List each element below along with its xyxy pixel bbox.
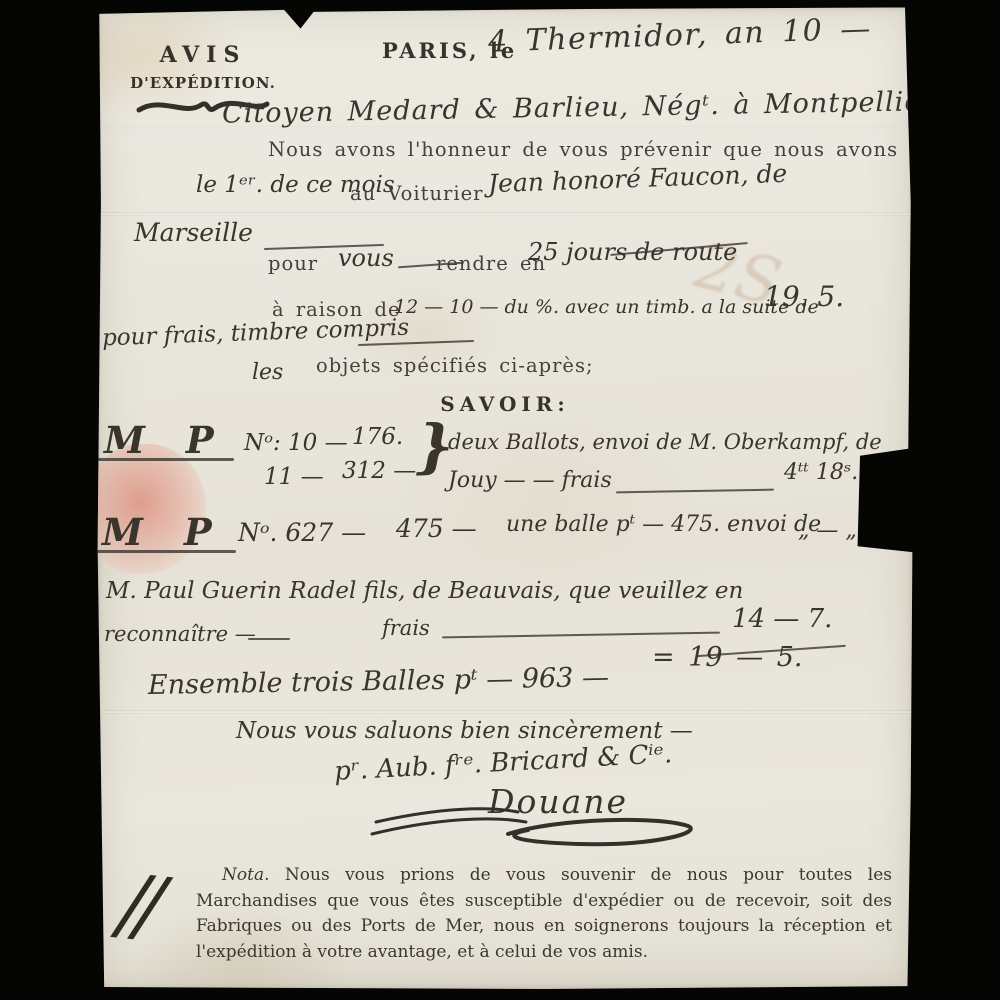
signature-flourish [358,800,718,860]
avis-line1: AVIS [118,42,288,68]
entry2-ditto-marks: „ — „ [798,518,857,543]
signature-firm: pʳ. Aub. fʳᵉ. Bricard & Cⁱᵉ. [333,739,672,787]
entry2-frais-label: frais [382,616,430,640]
entry1-origin-frais: Jouy — — frais [448,468,612,493]
document-paper: 2S AVIS D'EXPÉDITION. PARIS, le 4 Thermi… [96,6,914,990]
body-line-charge: Nous avons l'honneur de vous prévenir qu… [268,138,984,161]
total-amount: = 19 — 5. [652,642,803,673]
fold-crease [96,710,914,714]
corner-mark: // [115,856,158,952]
entry2-qty: 475 — [396,514,477,543]
nota-label: Nota. [222,865,269,885]
ink-rule [442,632,720,639]
objets-printed: objets spécifiés ci-après; [316,354,594,377]
voiturier-printed: au Voiturier [350,182,483,205]
ink-rule [98,458,234,461]
shipping-mark-2: M P [102,510,226,554]
raison-amount-hand: 19. 5. [764,280,844,313]
entry1-qty-line2: 312 — [342,458,416,484]
ink-rule [248,638,290,640]
savoir-heading: SAVOIR: [96,392,914,416]
shipping-mark-1: M P [104,418,228,462]
raison-hand: 12 — 10 — du %. avec un timb. a la suite… [394,296,819,318]
entry1-no-line2: 11 — [264,464,324,490]
pour-printed: pour [268,252,318,275]
frais-note-hand: pour frais, timbre compris [102,315,410,352]
entry2-description: une balle pᵗ — 475. envoi de [506,512,821,537]
fold-crease [96,212,914,216]
wax-seal [86,444,206,574]
entry1-description: deux Ballots, envoi de M. Oberkampf, de [448,430,882,454]
salutation-line: Nous vous saluons bien sincèrement — [236,718,693,744]
entry1-qty-line1: 176. [352,424,403,450]
voiturier-name-hand: Jean honoré Faucon, de [488,159,788,198]
origin-city-hand: Marseille [134,218,253,247]
ensemble-line: Ensemble trois Balles pᵗ — 963 — [148,662,609,701]
dateline-handwritten: 4 Thermidor, an 10 — [488,11,873,59]
ink-rule [616,489,774,494]
nota-paragraph: Nota. Nous vous prions de vous souvenir … [196,863,892,965]
avis-line2: D'EXPÉDITION. [118,74,288,92]
entry1-no-line1: Nᵒ: 10 — [244,430,348,456]
photo-background: 2S AVIS D'EXPÉDITION. PARIS, le 4 Thermi… [0,0,1000,1000]
ink-rule [96,550,236,553]
nota-text: Nous vous prions de vous souvenir de nou… [196,865,892,962]
entry2-no: Nᵒ. 627 — [238,518,366,547]
entry2-reconnaitre: reconnaître — [104,622,256,646]
entry1-amount: 4ᵗᵗ 18ˢ. — [784,460,887,485]
entry2-sender-line: M. Paul Guerin Radel fils, de Beauvais, … [106,578,743,604]
addressee-line: Citoyen Medard & Barlieu, Négᵗ. à Montpe… [222,85,977,129]
entry2-amount: 14 — 7. [732,604,832,634]
les-hand: les [252,360,283,385]
vous-hand: vous [338,244,394,272]
